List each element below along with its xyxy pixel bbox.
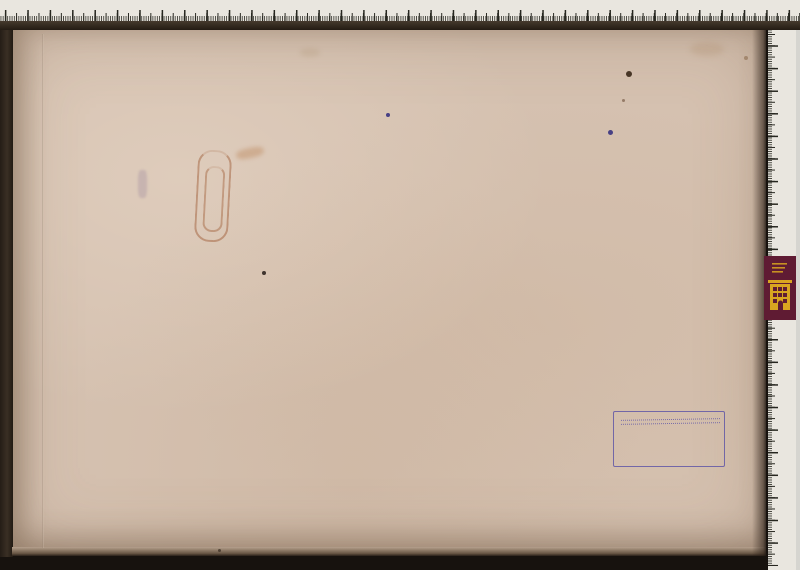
stamp-reg-value	[621, 418, 720, 421]
ruler-shadow	[0, 21, 800, 30]
foxing-spot	[626, 71, 632, 77]
page-bottom-edge	[12, 547, 766, 556]
page-crease	[42, 34, 44, 548]
top-ruler	[0, 0, 800, 21]
stain	[690, 42, 724, 56]
stain	[300, 48, 320, 57]
foxing-spot	[622, 99, 625, 102]
stamp-date-value	[621, 422, 720, 425]
paperclip-rust-mark	[194, 149, 233, 243]
archive-stamp-box	[613, 411, 725, 467]
book-spine-edge	[0, 21, 13, 557]
top-ruler-ticks	[0, 10, 800, 21]
ink-dot	[608, 130, 613, 135]
apem-emblem-icon	[764, 256, 796, 325]
manuscript-page	[12, 30, 766, 552]
foxing-spot	[218, 549, 221, 552]
archival-scan	[0, 0, 800, 570]
ink-dot	[386, 113, 390, 117]
faint-mark	[138, 170, 147, 198]
foxing-spot	[262, 271, 266, 275]
foxing-spot	[744, 56, 748, 60]
